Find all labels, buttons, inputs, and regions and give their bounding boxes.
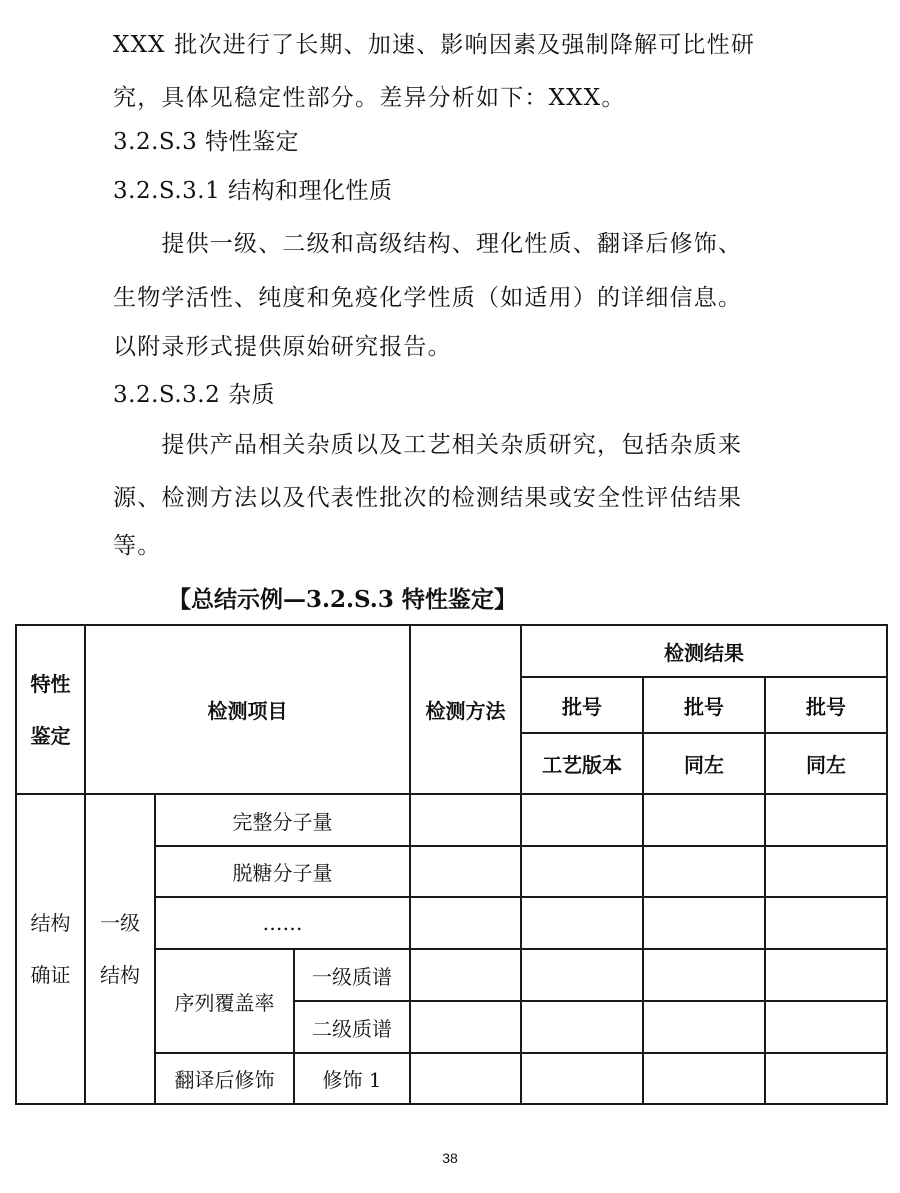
result-cell xyxy=(521,1001,643,1053)
header-characterization-line2: 鉴定 xyxy=(31,724,71,748)
para-3-2-line-1: 提供产品相关杂质以及工艺相关杂质研究，包括杂质来 xyxy=(113,434,803,457)
result-cell xyxy=(765,1053,887,1104)
page-number: 38 xyxy=(0,1150,900,1166)
sub-item-ms2: 二级质谱 xyxy=(294,1001,410,1053)
para-3-2-line-2: 源、检测方法以及代表性批次的检测结果或安全性评估结果 xyxy=(113,487,803,510)
result-cell xyxy=(521,897,643,949)
section-heading-3-2-s-3: 3.2.S.3 特性鉴定 xyxy=(113,131,299,154)
characterization-table: 特性 鉴定 检测项目 检测方法 检测结果 批号 批号 批号 工艺版本 同左 同左… xyxy=(15,624,888,1105)
para-3-1-line-3: 以附录形式提供原始研究报告。 xyxy=(113,336,803,359)
header-characterization-line1: 特性 xyxy=(31,672,71,696)
result-cell xyxy=(765,846,887,897)
category-line1: 结构 xyxy=(31,911,71,935)
level-line2: 结构 xyxy=(100,963,140,987)
level-line1: 一级 xyxy=(100,911,140,935)
table-caption: 【总结示例—3.2.S.3 特性鉴定】 xyxy=(168,587,517,613)
category-structure-confirmation: 结构 确证 xyxy=(16,794,85,1104)
level-primary-structure: 一级 结构 xyxy=(85,794,155,1104)
result-cell xyxy=(521,949,643,1001)
table-row: 结构 确证 一级 结构 完整分子量 xyxy=(16,794,887,846)
result-cell xyxy=(765,949,887,1001)
header-process-3: 同左 xyxy=(765,733,887,794)
para-3-1-line-1: 提供一级、二级和高级结构、理化性质、翻译后修饰、 xyxy=(113,233,803,256)
method-cell xyxy=(410,949,521,1001)
item-ellipsis: …… xyxy=(155,897,410,949)
method-cell xyxy=(410,846,521,897)
method-cell xyxy=(410,1053,521,1104)
header-characterization: 特性 鉴定 xyxy=(16,625,85,794)
body-line-2: 究，具体见稳定性部分。差异分析如下：XXX。 xyxy=(113,87,803,110)
para-3-2-line-3: 等。 xyxy=(113,535,803,558)
item-ptm: 翻译后修饰 xyxy=(155,1053,294,1104)
result-cell xyxy=(643,846,765,897)
result-cell xyxy=(765,1001,887,1053)
item-deglycosylated-mw: 脱糖分子量 xyxy=(155,846,410,897)
result-cell xyxy=(643,897,765,949)
result-cell xyxy=(643,1001,765,1053)
item-sequence-coverage: 序列覆盖率 xyxy=(155,949,294,1053)
sub-item-ms1: 一级质谱 xyxy=(294,949,410,1001)
section-heading-3-2-s-3-2: 3.2.S.3.2 杂质 xyxy=(113,384,275,407)
category-line2: 确证 xyxy=(31,963,71,987)
para-3-1-line-2: 生物学活性、纯度和免疫化学性质（如适用）的详细信息。 xyxy=(113,287,803,310)
method-cell xyxy=(410,794,521,846)
result-cell xyxy=(643,949,765,1001)
item-intact-mw: 完整分子量 xyxy=(155,794,410,846)
result-cell xyxy=(643,1053,765,1104)
method-cell xyxy=(410,897,521,949)
result-cell xyxy=(521,794,643,846)
result-cell xyxy=(765,794,887,846)
sub-item-modification-1: 修饰 1 xyxy=(294,1053,410,1104)
header-test-results: 检测结果 xyxy=(521,625,887,677)
result-cell xyxy=(643,794,765,846)
result-cell xyxy=(765,897,887,949)
header-test-method: 检测方法 xyxy=(410,625,521,794)
method-cell xyxy=(410,1001,521,1053)
header-batch-3: 批号 xyxy=(765,677,887,733)
header-process-1: 工艺版本 xyxy=(521,733,643,794)
body-line-1: XXX 批次进行了长期、加速、影响因素及强制降解可比性研 xyxy=(113,34,803,57)
header-batch-1: 批号 xyxy=(521,677,643,733)
header-process-2: 同左 xyxy=(643,733,765,794)
section-heading-3-2-s-3-1: 3.2.S.3.1 结构和理化性质 xyxy=(113,180,393,203)
result-cell xyxy=(521,1053,643,1104)
header-batch-2: 批号 xyxy=(643,677,765,733)
header-test-item: 检测项目 xyxy=(85,625,410,794)
result-cell xyxy=(521,846,643,897)
